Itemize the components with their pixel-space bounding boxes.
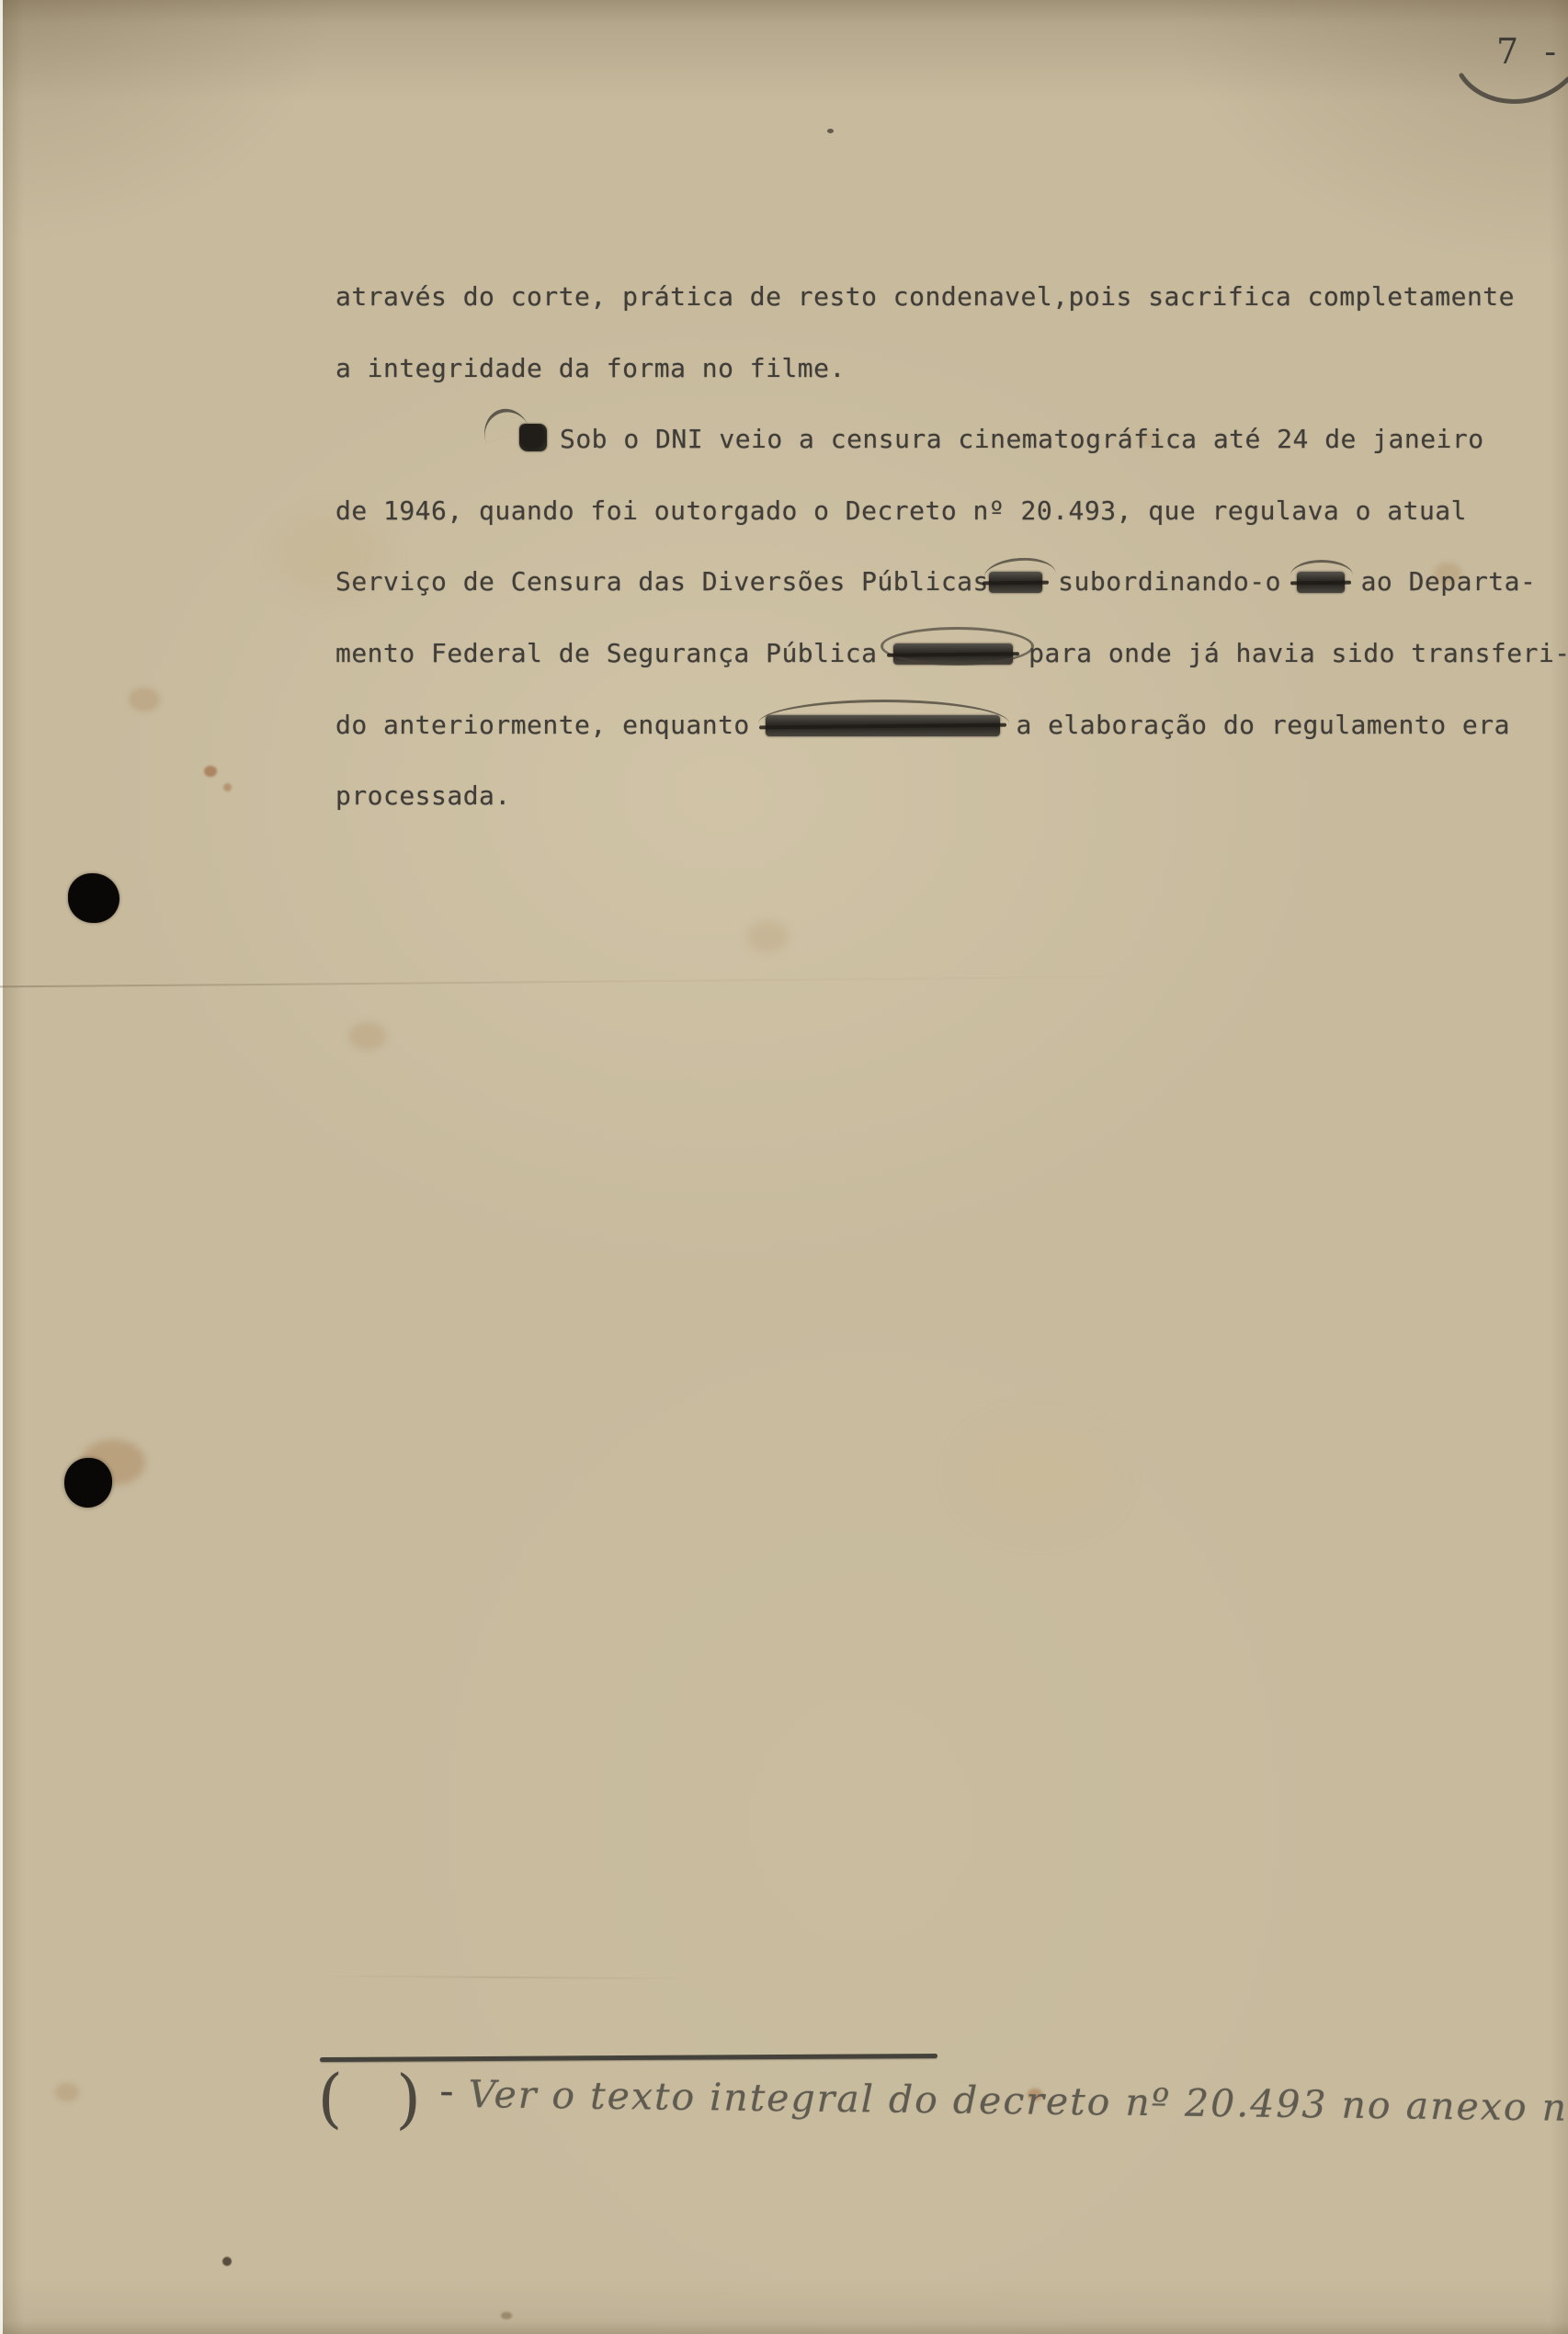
text-line-5: Serviço de Censura das Diversões Pública… (335, 546, 1553, 618)
scan-edge (0, 0, 3, 2334)
struck-out-word (766, 715, 1000, 736)
struck-out-word (989, 572, 1042, 593)
text-line-7: do anteriormente, enquanto a elaboração … (335, 689, 1553, 761)
typed-text-block: através do corte, prática de resto conde… (335, 261, 1553, 832)
typed-text: processada. (335, 780, 511, 811)
footnote-close-paren: ) (395, 2061, 421, 2136)
foxing-stain (349, 1022, 386, 1050)
handwritten-footnote: ()-Ver o texto integral do decreto nº 20… (312, 2055, 1568, 2135)
text-line-4: de 1946, quando foi outorgado o Decreto … (335, 475, 1553, 547)
foxing-stain (55, 2083, 79, 2101)
punch-hole-top (68, 873, 119, 923)
ink-speck (222, 2257, 232, 2266)
pencil-arc (1290, 560, 1353, 575)
footnote-text-row: ()-Ver o texto integral do decreto nº 20… (312, 2060, 1568, 2151)
typed-text: ao Departa- (1345, 566, 1536, 597)
footnote-open-paren: ( (317, 2060, 343, 2135)
ink-speck (827, 129, 834, 133)
foxing-stain (129, 688, 160, 712)
pencil-oval (881, 627, 1034, 666)
text-line-8: processada. (335, 760, 1553, 832)
typed-text: subordinando-o (1042, 566, 1297, 597)
handwritten-underline-swoosh (1456, 64, 1568, 116)
paper-discoloration (965, 1425, 1112, 1526)
typed-text: a elaboração do regulamento era (1000, 710, 1510, 740)
text-line-2: a integridade da forma no filme. (335, 333, 1553, 404)
paper-crease (0, 973, 1567, 988)
scanned-document-page: 7 - através do corte, prática de resto c… (0, 0, 1568, 2334)
punch-hole-bottom (64, 1458, 112, 1508)
text-line-3: Sob o DNI veio a censura cinematográfica… (335, 404, 1553, 475)
typed-text: mento Federal de Segurança Pública (335, 638, 893, 668)
typed-overstrike-blot (519, 424, 547, 451)
typed-text: Serviço de Censura das Diversões Pública… (335, 566, 989, 597)
pencil-arc (758, 700, 1009, 723)
footnote-handwriting: Ver o texto integral do decreto nº 20.49… (468, 2072, 1568, 2130)
typed-text: de 1946, quando foi outorgado o Decreto … (335, 495, 1467, 526)
foxing-stain (501, 2312, 512, 2319)
foxing-stain (223, 783, 232, 791)
foxing-stain (746, 921, 789, 952)
text-line-6: mento Federal de Segurança Pública para … (335, 618, 1553, 689)
foxing-stain (204, 766, 217, 777)
typed-text: através do corte, prática de resto conde… (335, 281, 1515, 312)
typed-text: para onde já havia sido transferi- (1013, 638, 1568, 668)
typed-text: a integridade da forma no filme. (335, 353, 846, 383)
text-line-1: através do corte, prática de resto conde… (335, 261, 1553, 333)
paper-crease (312, 1975, 699, 1980)
struck-out-word (1297, 572, 1345, 593)
typed-text: do anteriormente, enquanto (335, 710, 766, 740)
struck-out-word (893, 643, 1013, 665)
handwritten-paren-mark (478, 403, 530, 443)
footnote-dash: - (439, 2066, 454, 2115)
typed-text: Sob o DNI veio a censura cinematográfica… (560, 424, 1484, 454)
